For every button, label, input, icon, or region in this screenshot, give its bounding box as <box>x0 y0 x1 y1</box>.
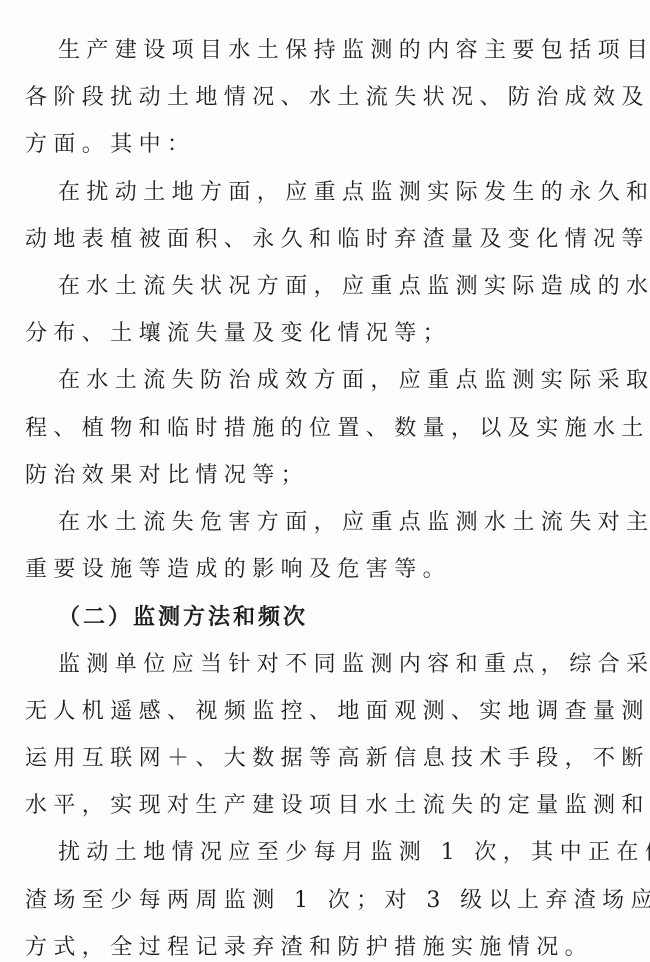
text-line: 在水土流失状况方面，应重点监测实际造成的水土流失面积、 <box>58 272 625 302</box>
text-line: 重要设施等造成的影响及危害等。 <box>25 555 625 585</box>
text-line: 防治效果对比情况等； <box>25 461 625 491</box>
text-line: 方面。其中： <box>25 130 625 160</box>
text-line: 生产建设项目水土保持监测的内容主要包括项目施工全过程 <box>58 36 625 66</box>
text-line: 在扰动土地方面，应重点监测实际发生的永久和临时占地、扰 <box>58 178 625 208</box>
text-line: 扰动土地情况应至少每月监测 1 次，其中正在使用的取土弃 <box>58 838 625 868</box>
text-line: 在水土流失危害方面，应重点监测水土流失对主体工程、周边 <box>58 508 625 538</box>
text-line: 方式，全过程记录弃渣和防护措施实施情况。 <box>25 933 625 962</box>
text-line: 各阶段扰动土地情况、水土流失状况、防治成效及水土流失危害等 <box>25 83 625 113</box>
section-heading: （二）监测方法和频次 <box>58 602 625 632</box>
text-line: 水平，实现对生产建设项目水土流失的定量监测和过程控制。 <box>25 791 625 821</box>
text-line: 分布、土壤流失量及变化情况等； <box>25 319 625 349</box>
text-line: 运用互联网＋、大数据等高新信息技术手段，不断提高监测质量和 <box>25 744 625 774</box>
text-line: 监测单位应当针对不同监测内容和重点，综合采取卫星遥感、 <box>58 650 625 680</box>
text-line: 无人机遥感、视频监控、地面观测、实地调查量测等多种方式，充分 <box>25 697 625 727</box>
text-line: 在水土流失防治成效方面，应重点监测实际采取水土保持工 <box>58 366 625 396</box>
text-line: 程、植物和临时措施的位置、数量，以及实施水土保持措施前后的 <box>25 414 625 444</box>
text-line: 渣场至少每两周监测 1 次；对 3 级以上弃渣场应当采取视频监控 <box>25 886 625 916</box>
text-line: 动地表植被面积、永久和临时弃渣量及变化情况等； <box>25 225 625 255</box>
document-page: 生产建设项目水土保持监测的内容主要包括项目施工全过程 各阶段扰动土地情况、水土流… <box>0 0 650 962</box>
